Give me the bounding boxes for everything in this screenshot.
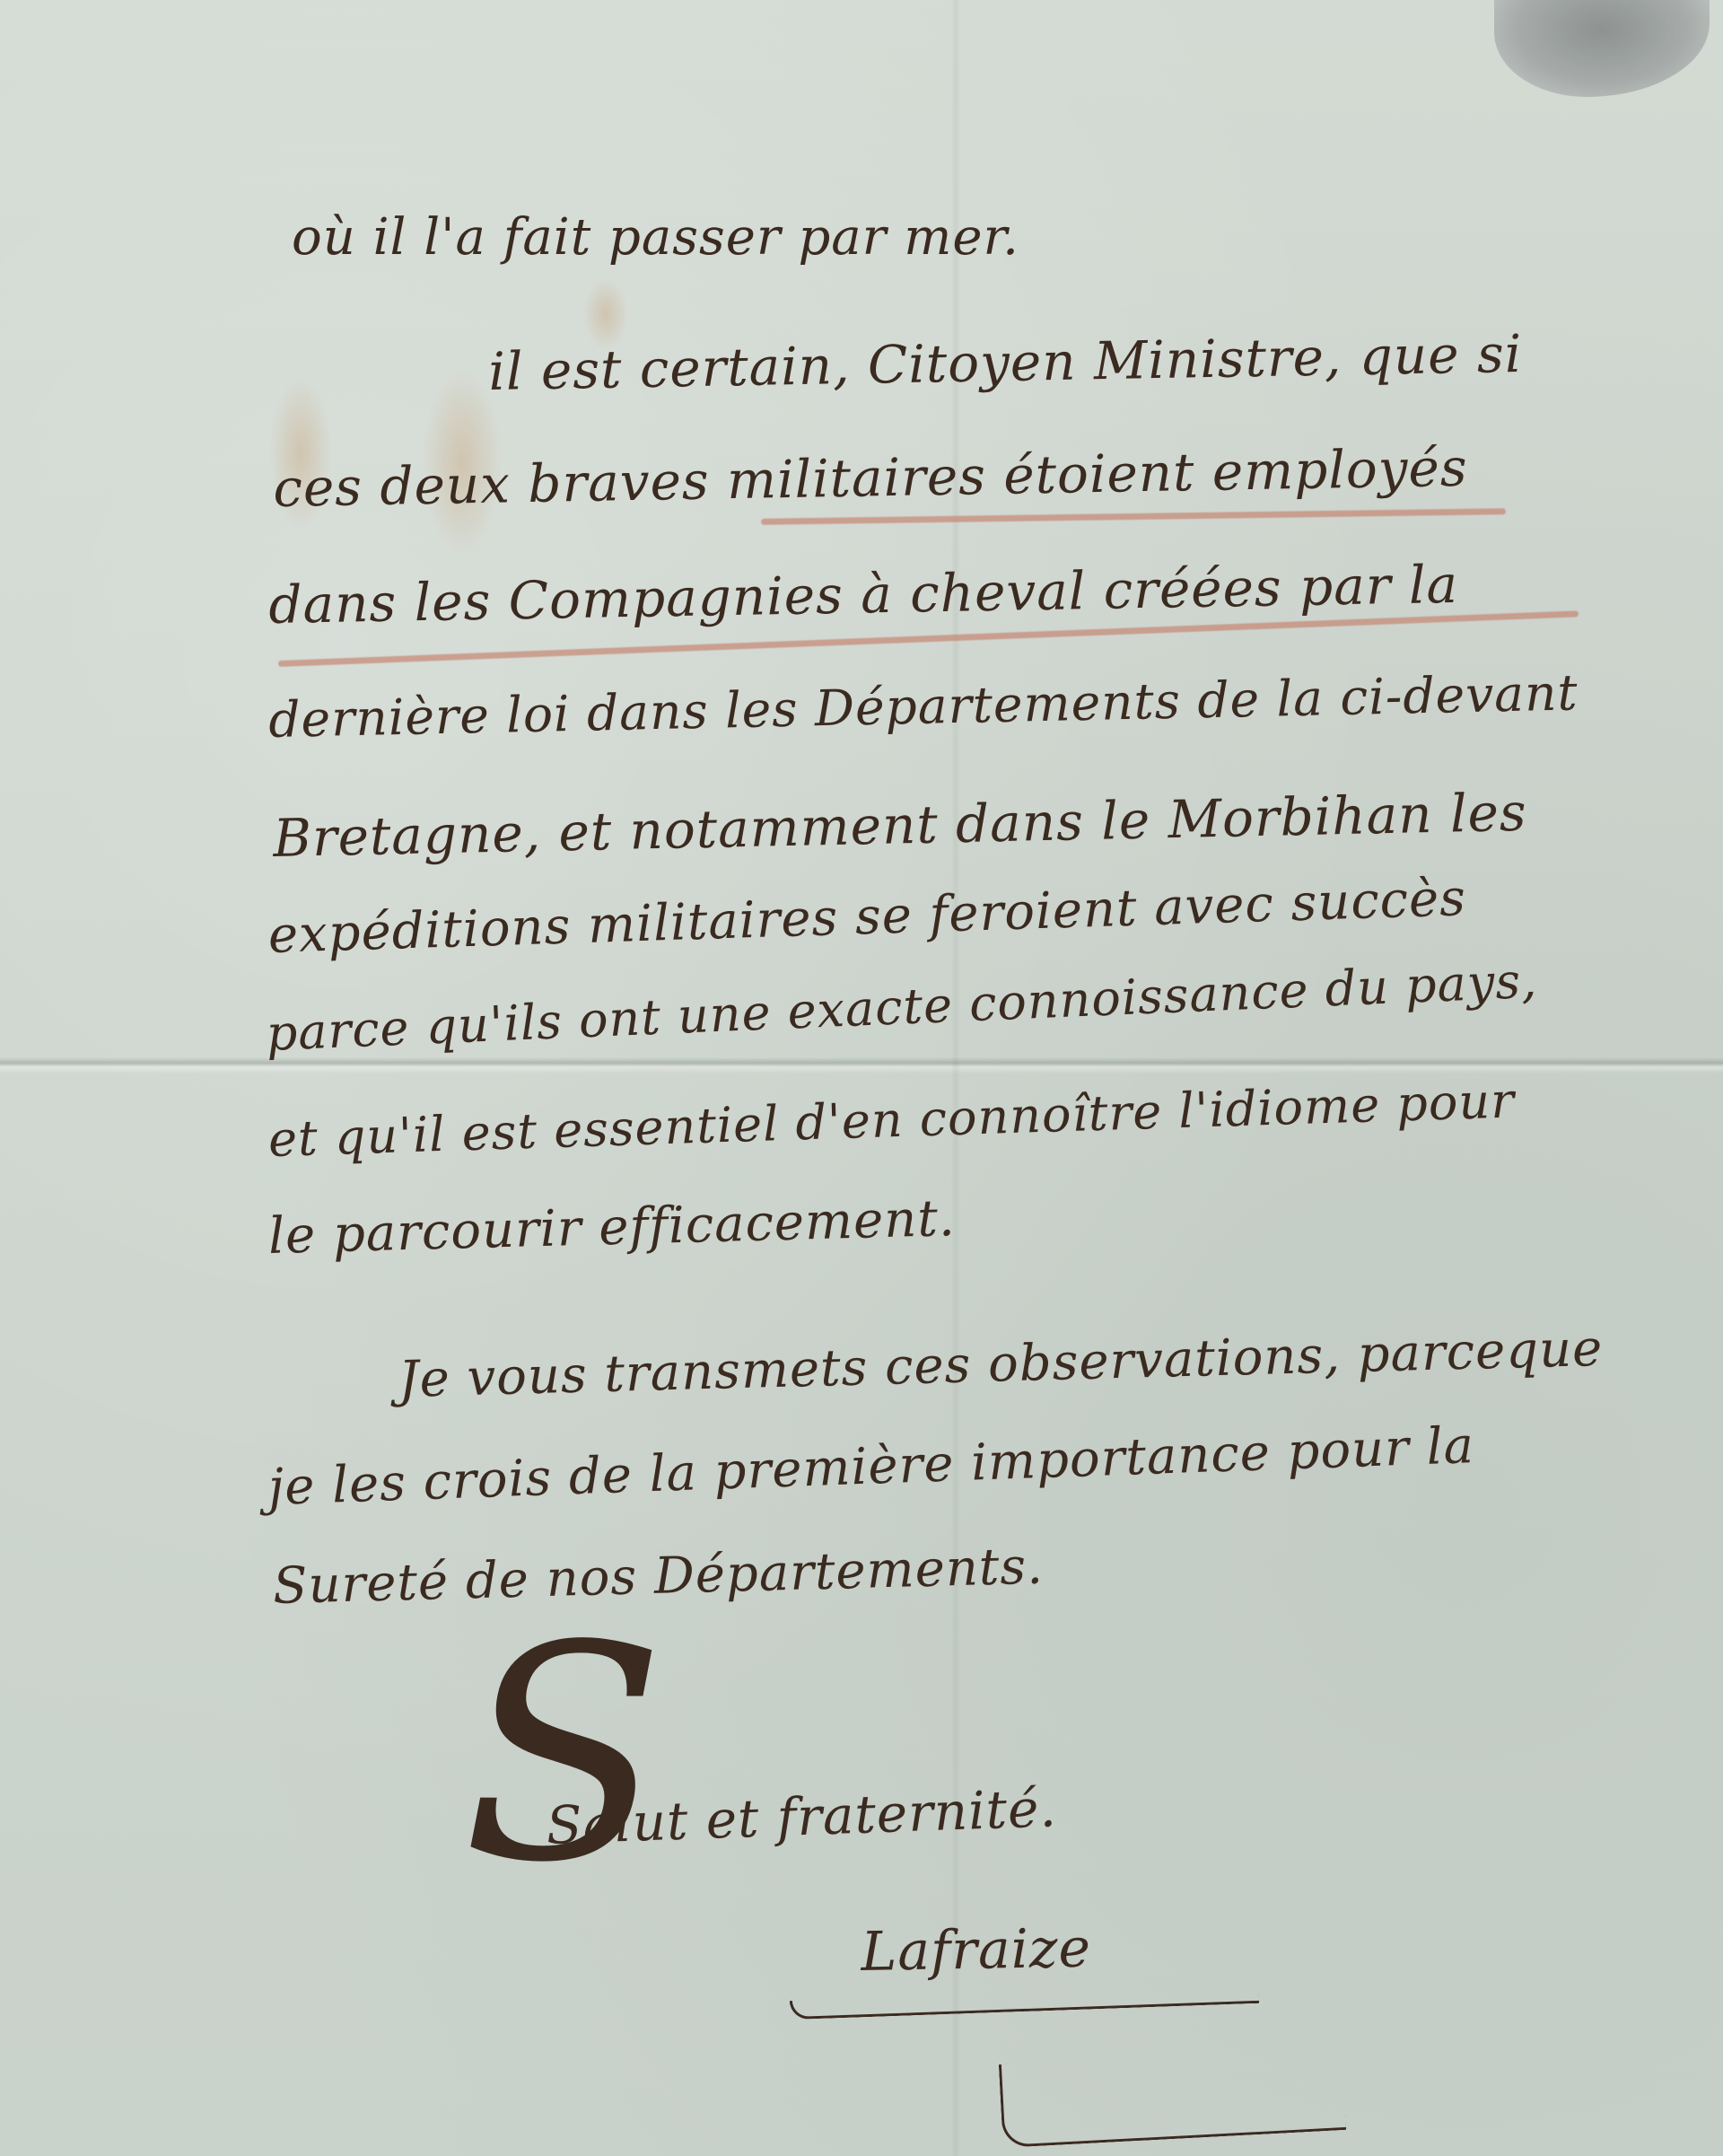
- corner-stain: [1494, 0, 1710, 97]
- text-line-10: le parcourir efficacement.: [267, 1189, 956, 1266]
- text-line-6: Bretagne, et notamment dans le Morbihan …: [273, 782, 1528, 869]
- text-line-7: expéditions militaires se feroient avec …: [267, 869, 1467, 965]
- text-line-9: et qu'il est essentiel d'en connoître l'…: [267, 1072, 1516, 1168]
- signature: Lafraize: [861, 1917, 1092, 1984]
- letter-page: où il l'a fait passer par mer. il est ce…: [0, 0, 1723, 2156]
- text-line-5: dernière loi dans les Départements de la…: [268, 663, 1579, 749]
- horizontal-fold: [0, 1057, 1723, 1074]
- text-line-8: parce qu'ils ont une exacte connoissance…: [265, 952, 1538, 1062]
- text-line-1: où il l'a fait passer par mer.: [292, 208, 1019, 267]
- red-crayon-underline: [761, 508, 1506, 525]
- signature-paraph: [999, 2046, 1346, 2148]
- text-line-12: je les crois de la première importance p…: [267, 1416, 1475, 1517]
- closing-flourish-s: S: [462, 1607, 665, 1903]
- text-line-2: il est certain, Citoyen Ministre, que si: [488, 323, 1523, 402]
- signature-flourish: [790, 1985, 1259, 2020]
- text-line-11: Je vous transmets ces observations, parc…: [398, 1319, 1604, 1409]
